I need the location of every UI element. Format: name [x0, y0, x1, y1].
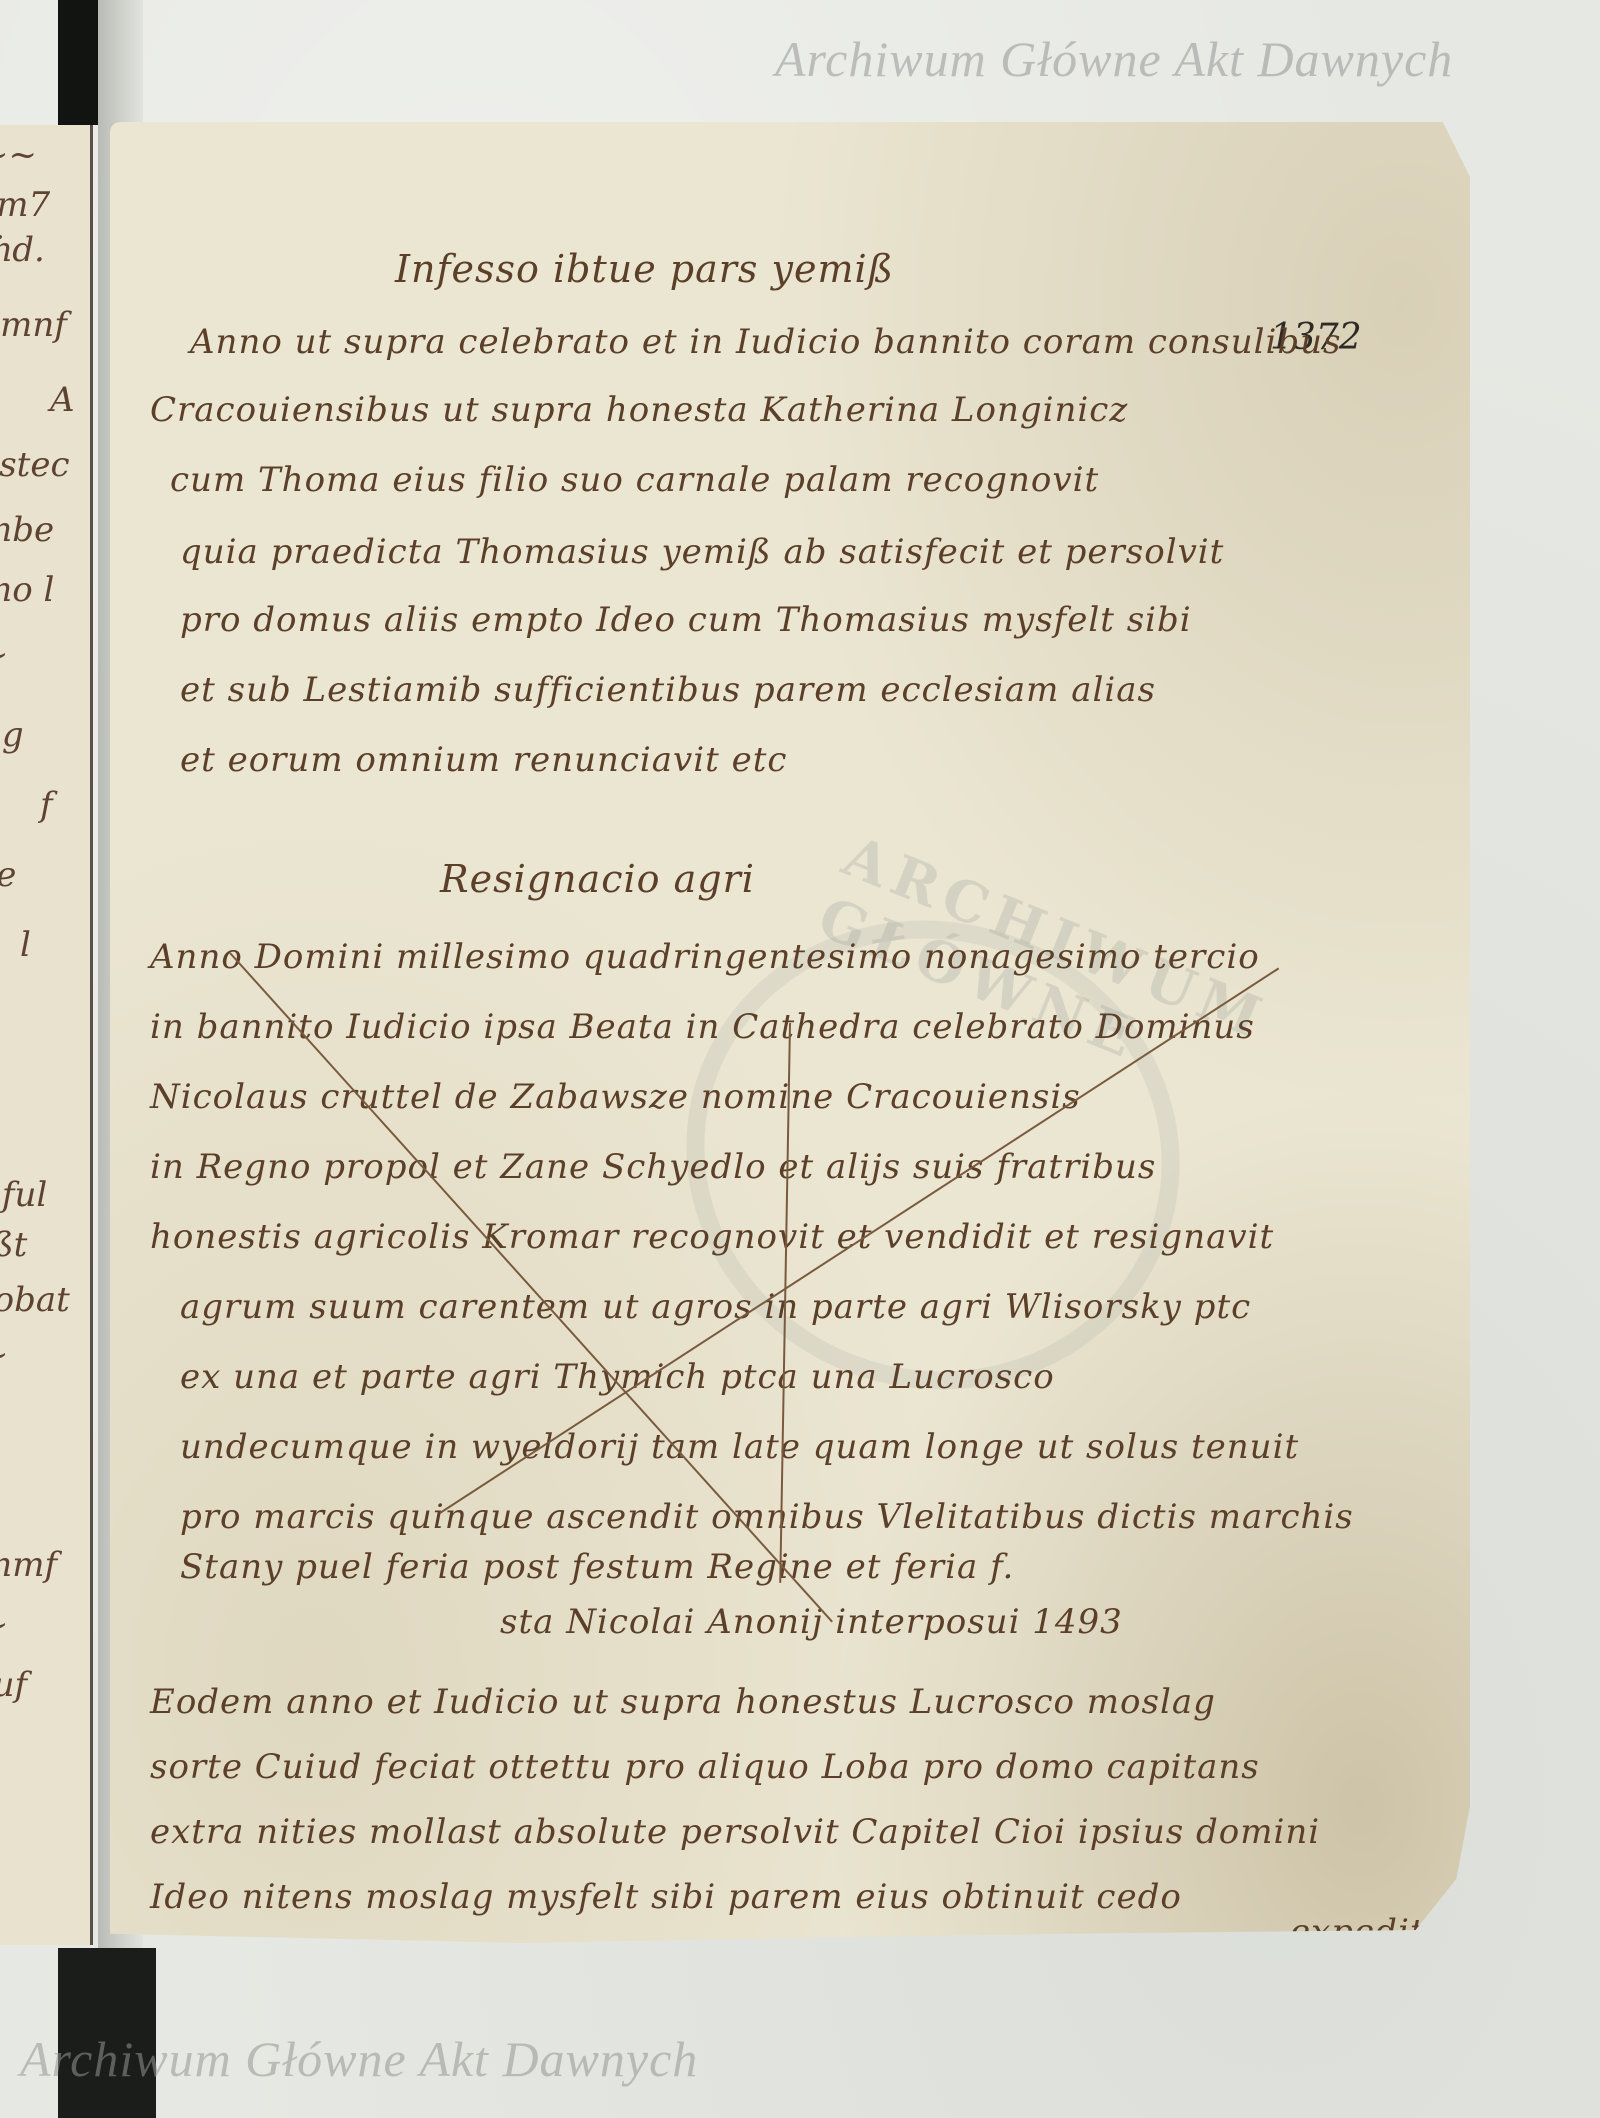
left-fragment-line: ~	[0, 1605, 9, 1645]
section-heading: Infesso ibtue pars yemiß	[395, 247, 894, 291]
left-fragment-line: mo l	[0, 570, 54, 610]
manuscript-line: pro domus aliis empto Ideo cum Thomasius…	[180, 600, 1192, 640]
left-fragment-line: ṁd.	[0, 230, 45, 270]
archive-watermark-top: Archiwum Główne Akt Dawnych	[775, 30, 1453, 88]
left-fragment-line: fuf	[0, 1665, 27, 1705]
left-fragment-line: f	[40, 785, 53, 825]
manuscript-line: Stany puel feria post festum Regine et f…	[180, 1547, 1014, 1587]
left-fragment-line: ng	[0, 715, 24, 755]
manuscript-line: agrum suum carentem ut agros in parte ag…	[180, 1287, 1251, 1327]
left-fragment-line: nful	[0, 1175, 47, 1215]
left-fragment-line: mmf	[0, 1545, 57, 1585]
left-page-fragment: ~~ rm7 ṁd. ẽmnf A ystec mbe mo l ~ ng f …	[0, 125, 93, 1945]
left-fragment-line: A	[50, 380, 75, 420]
left-fragment-line: ~	[0, 635, 9, 675]
manuscript-line: et eorum omnium renunciavit etc	[180, 740, 787, 780]
manuscript-line: in Regno propol et Zane Schyedlo et alij…	[150, 1147, 1156, 1187]
manuscript-line: Eodem anno et Iudicio ut supra honestus …	[150, 1682, 1216, 1722]
binding-spine	[58, 0, 98, 125]
left-fragment-line: ~~	[0, 135, 37, 175]
notary-note: sta Nicolai Anonij interposui 1493	[500, 1602, 1123, 1642]
manuscript-line: pro marcis quinque ascendit omnibus Vlel…	[180, 1497, 1354, 1537]
manuscript-line: ex una et parte agri Thymich ptca una Lu…	[180, 1357, 1055, 1397]
left-fragment-line: mbe	[0, 510, 54, 550]
manuscript-line: Ideo nitens moslag mysfelt sibi parem ei…	[150, 1877, 1182, 1917]
manuscript-line: quia praedicta Thomasius yemiß ab satisf…	[180, 532, 1224, 572]
manuscript-line: extra nities mollast absolute persolvit …	[150, 1812, 1320, 1852]
left-fragment-line: ~	[0, 1335, 9, 1375]
manuscript-line: honestis agricolis Kromar recognovit et …	[150, 1217, 1274, 1257]
manuscript-line: Anno ut supra celebrato et in Iudicio ba…	[190, 322, 1342, 362]
manuscript-page: ARCHIWUM GŁÓWNE 1372 Infesso ibtue pars …	[110, 122, 1470, 1952]
manuscript-line: et sub Lestiamib sufficientibus parem ec…	[180, 670, 1156, 710]
manuscript-line: Anno Domini millesimo quadringentesimo n…	[150, 937, 1260, 977]
left-fragment-line: lßt	[0, 1225, 27, 1265]
left-fragment-line: tobat	[0, 1280, 70, 1320]
left-fragment-line: rm7	[0, 185, 50, 225]
manuscript-line: undecumque in wyeldorij tam late quam lo…	[180, 1427, 1299, 1467]
archive-watermark-bottom: Archiwum Główne Akt Dawnych	[20, 2030, 698, 2088]
section-heading: Resignacio agri	[440, 857, 755, 901]
manuscript-line: Nicolaus cruttel de Zabawsze nomine Crac…	[150, 1077, 1081, 1117]
left-fragment-line: re	[0, 855, 16, 895]
manuscript-line: cum Thoma eius filio suo carnale palam r…	[170, 460, 1099, 500]
manuscript-line: Cracouiensibus ut supra honesta Katherin…	[150, 390, 1128, 430]
manuscript-line: in bannito Iudicio ipsa Beata in Cathedr…	[150, 1007, 1255, 1047]
left-fragment-line: ystec	[0, 445, 69, 485]
left-fragment-line: l	[20, 925, 31, 965]
manuscript-line: sorte Cuiud feciat ottettu pro aliquo Lo…	[150, 1747, 1260, 1787]
left-fragment-line: ẽmnf	[0, 305, 67, 345]
